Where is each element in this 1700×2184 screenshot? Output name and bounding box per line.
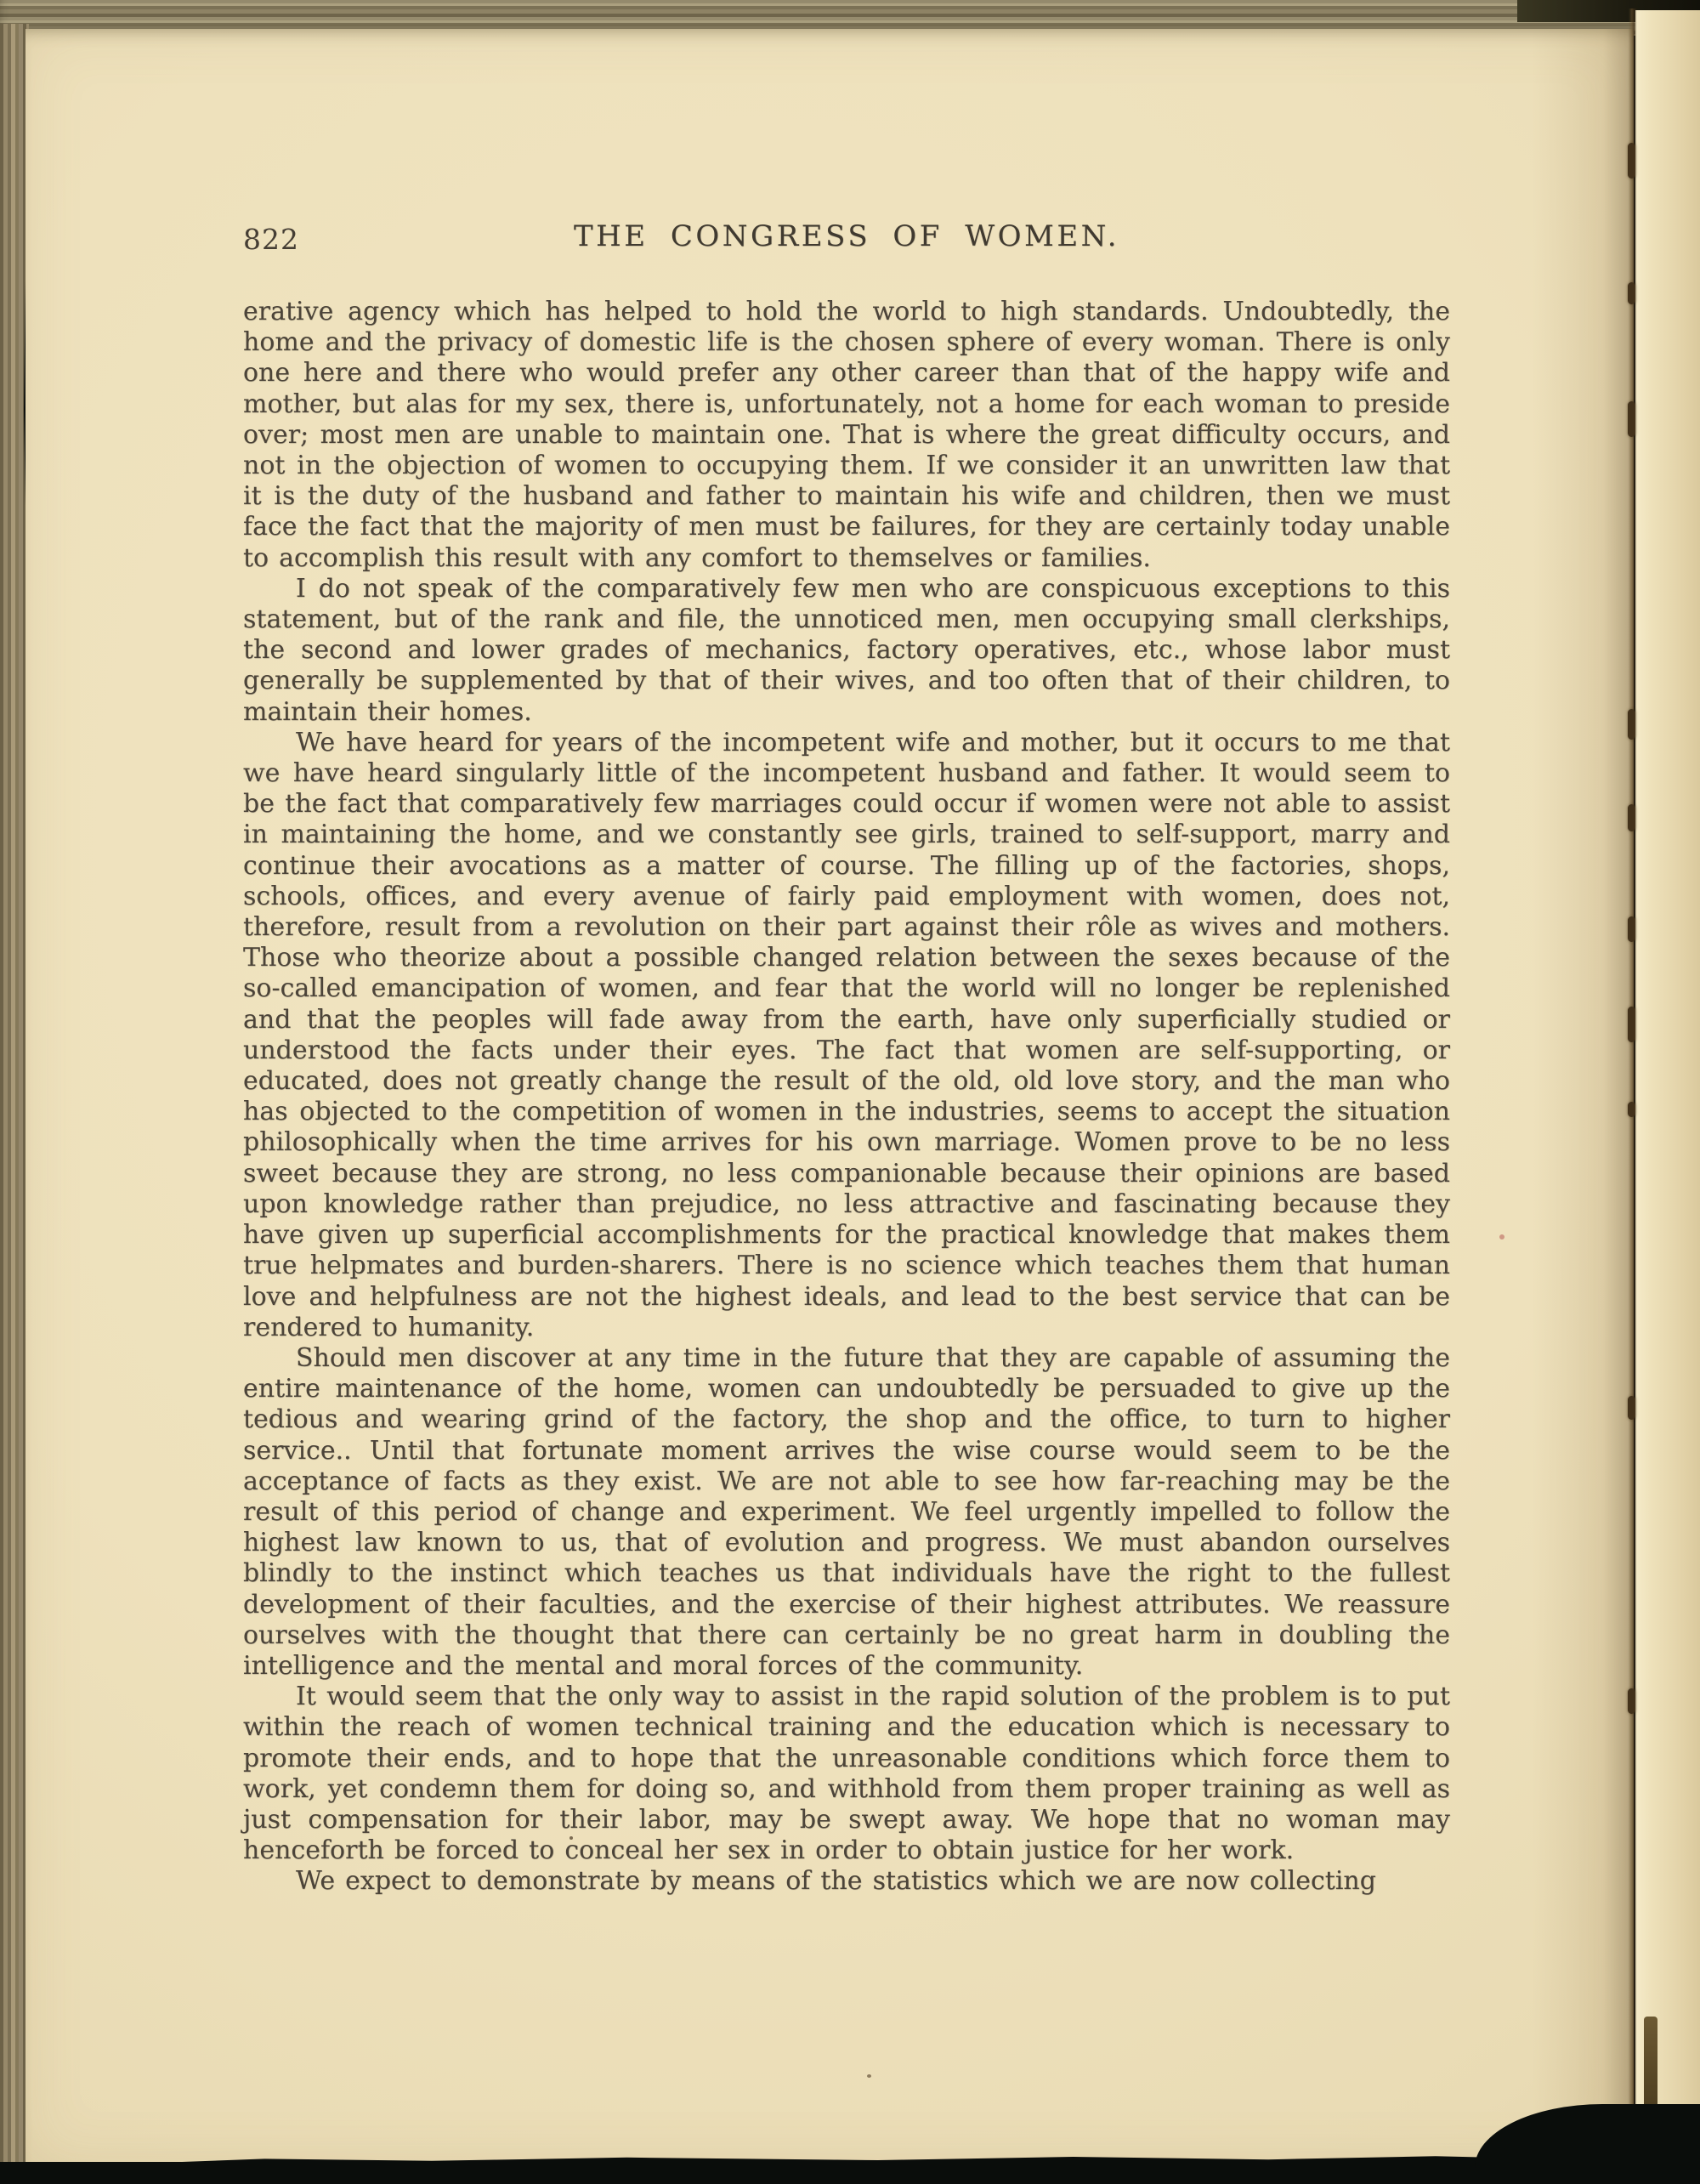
body-paragraph: We have heard for years of the incompete… (243, 728, 1450, 1343)
body-paragraph: We expect to demonstrate by means of the… (243, 1866, 1450, 1897)
body-paragraph: It would seem that the only way to assis… (243, 1682, 1450, 1866)
next-page-edge (1635, 10, 1700, 2141)
gutter-stitch-mark (1628, 709, 1635, 740)
paper-speck (1499, 1234, 1504, 1239)
gutter-stitch-mark (1628, 916, 1635, 942)
gutter-stitch-mark (1628, 1688, 1635, 1714)
body-paragraph: I do not speak of the comparatively few … (243, 574, 1450, 728)
gutter-crease (1629, 9, 1637, 2144)
gutter-stitch-mark (1628, 143, 1635, 179)
body-paragraph: Should men discover at any time in the f… (243, 1343, 1450, 1682)
gutter-stitch-mark (1628, 1007, 1635, 1042)
gutter-stitch-mark (1628, 282, 1635, 304)
running-header-title: THE CONGRESS OF WOMEN. (243, 219, 1450, 253)
page-body-text: erative agency which has helped to hold … (243, 297, 1450, 1898)
gutter-stitch-mark (1628, 804, 1635, 831)
body-paragraph: erative agency which has helped to hold … (243, 297, 1450, 574)
gutter-stitch-mark (1628, 1102, 1635, 1117)
gutter-stitch-mark (1628, 1396, 1635, 1420)
gutter-stitch-mark (1628, 401, 1635, 437)
paper-speck (867, 2074, 871, 2078)
